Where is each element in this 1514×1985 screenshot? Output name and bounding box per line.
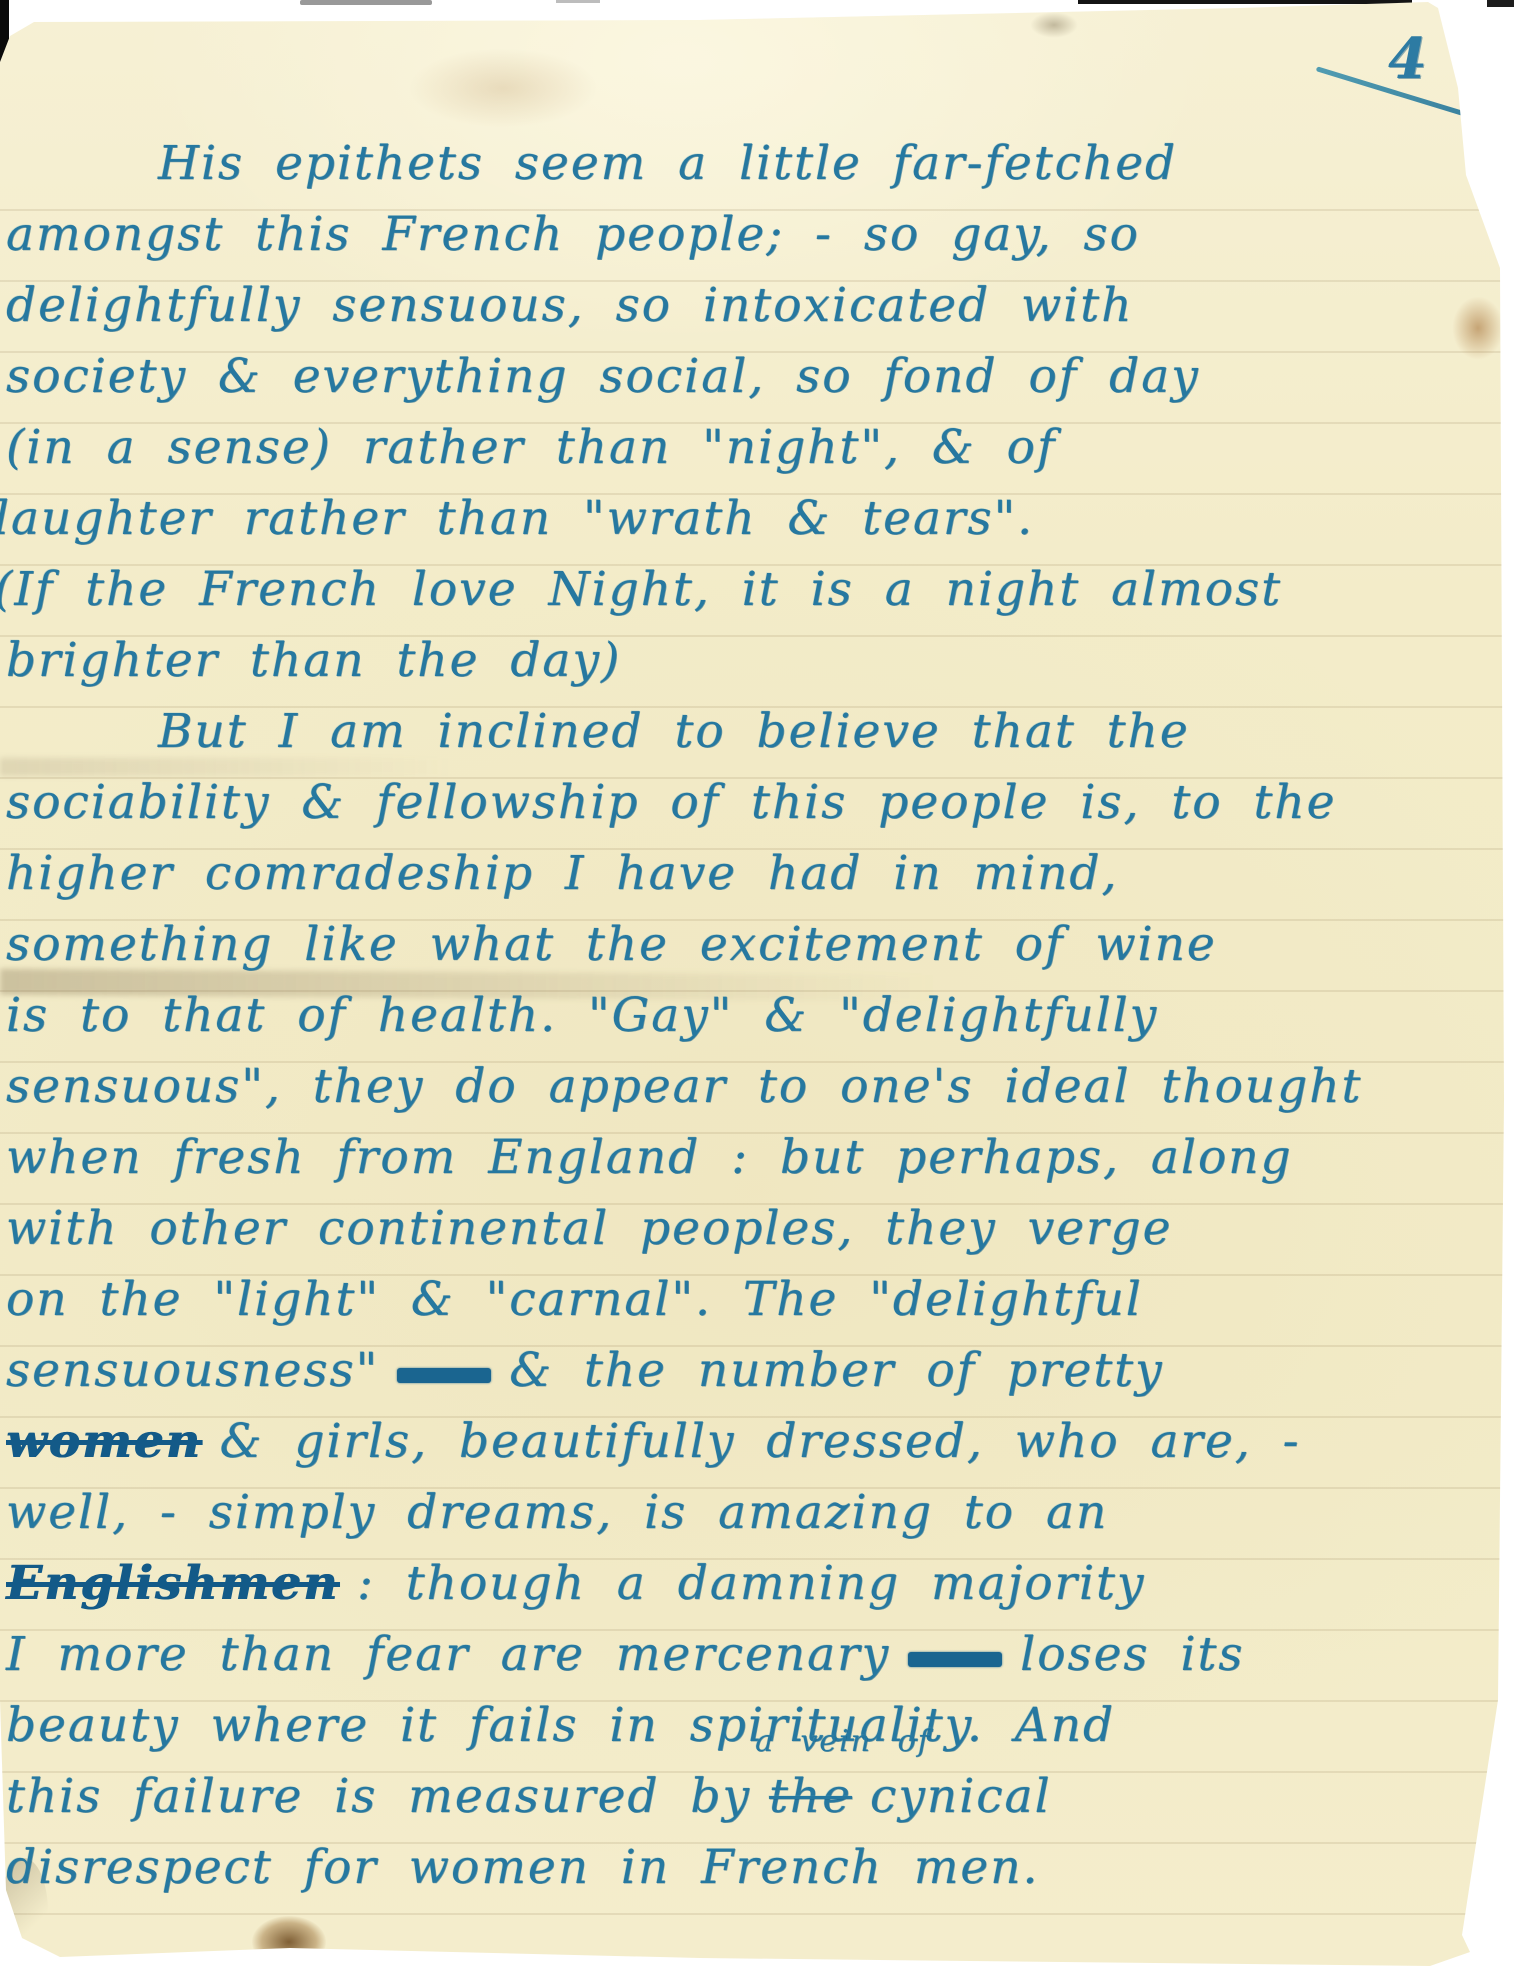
handwritten-line: sensuousness" & the number of pretty — [6, 1335, 1506, 1406]
overwritten-word: women — [6, 1406, 202, 1477]
inserted-text-above-line: a vein of — [755, 1727, 931, 1757]
handwritten-line: when fresh from England : but perhaps, a… — [6, 1122, 1506, 1193]
line-segment: I more than fear are mercenary — [6, 1619, 890, 1690]
handwritten-line: well, - simply dreams, is amazing to an — [6, 1477, 1506, 1548]
paper-stain — [1030, 12, 1078, 38]
handwritten-line: (in a sense) rather than "night", & of — [6, 412, 1506, 483]
handwritten-line: amongst this French people; - so gay, so — [6, 199, 1506, 270]
handwritten-line: something like what the excitement of wi… — [6, 909, 1506, 980]
handwritten-line: His epithets seem a little far-fetched — [6, 128, 1506, 199]
scanner-top-mark — [300, 0, 432, 5]
handwritten-text-block: His epithets seem a little far-fetched a… — [6, 128, 1506, 1903]
handwritten-line: women & girls, beautifully dressed, who … — [6, 1406, 1506, 1477]
ink-dash — [908, 1652, 1002, 1667]
corrected-word-group: a vein of the — [769, 1761, 852, 1832]
handwritten-line: higher comradeship I have had in mind, — [6, 838, 1506, 909]
line-segment: & girls, beautifully dressed, who are, - — [220, 1406, 1301, 1477]
page-number: 4 — [1388, 26, 1429, 92]
scanner-top-mark — [1487, 0, 1514, 7]
line-segment: this failure is measured by — [6, 1761, 751, 1832]
scanner-top-mark — [556, 0, 600, 3]
handwritten-line: I more than fear are mercenary loses its — [6, 1619, 1506, 1690]
paper-stain — [408, 48, 598, 128]
handwritten-line: with other continental peoples, they ver… — [6, 1193, 1506, 1264]
handwritten-line: is to that of health. "Gay" & "delightfu… — [6, 980, 1506, 1051]
overwritten-word: Englishmen — [6, 1548, 339, 1619]
scanned-letter-page: 4 His epithets seem a little far-fetched… — [0, 0, 1514, 1985]
scanner-top-mark — [1078, 0, 1412, 4]
handwritten-line: this failure is measured by a vein of th… — [6, 1761, 1506, 1832]
handwritten-line: Englishmen : though a damning majority — [6, 1548, 1506, 1619]
line-segment: cynical — [870, 1761, 1052, 1832]
handwritten-line: But I am inclined to believe that the — [6, 696, 1506, 767]
handwritten-line: sociability & fellowship of this people … — [6, 767, 1506, 838]
handwritten-line: sensuous", they do appear to one's ideal… — [6, 1051, 1506, 1122]
struck-word: the — [769, 1769, 852, 1824]
line-segment: loses its — [1020, 1619, 1244, 1690]
letter-paper-sheet: 4 His epithets seem a little far-fetched… — [0, 0, 1514, 1985]
line-segment: : though a damning majority — [357, 1548, 1145, 1619]
handwritten-line: (If the French love Night, it is a night… — [0, 554, 1506, 625]
ink-dash — [397, 1368, 491, 1383]
handwritten-line: brighter than the day) — [6, 625, 1506, 696]
paper-burn-stain — [252, 1916, 326, 1968]
handwritten-line: on the "light" & "carnal". The "delightf… — [6, 1264, 1506, 1335]
handwritten-line: delightfully sensuous, so intoxicated wi… — [6, 270, 1506, 341]
handwritten-line: society & everything social, so fond of … — [6, 341, 1506, 412]
line-segment: & the number of pretty — [509, 1335, 1163, 1406]
handwritten-line: laughter rather than "wrath & tears". — [0, 483, 1506, 554]
handwritten-line: disrespect for women in French men. — [6, 1832, 1506, 1903]
line-segment: sensuousness" — [6, 1335, 379, 1406]
